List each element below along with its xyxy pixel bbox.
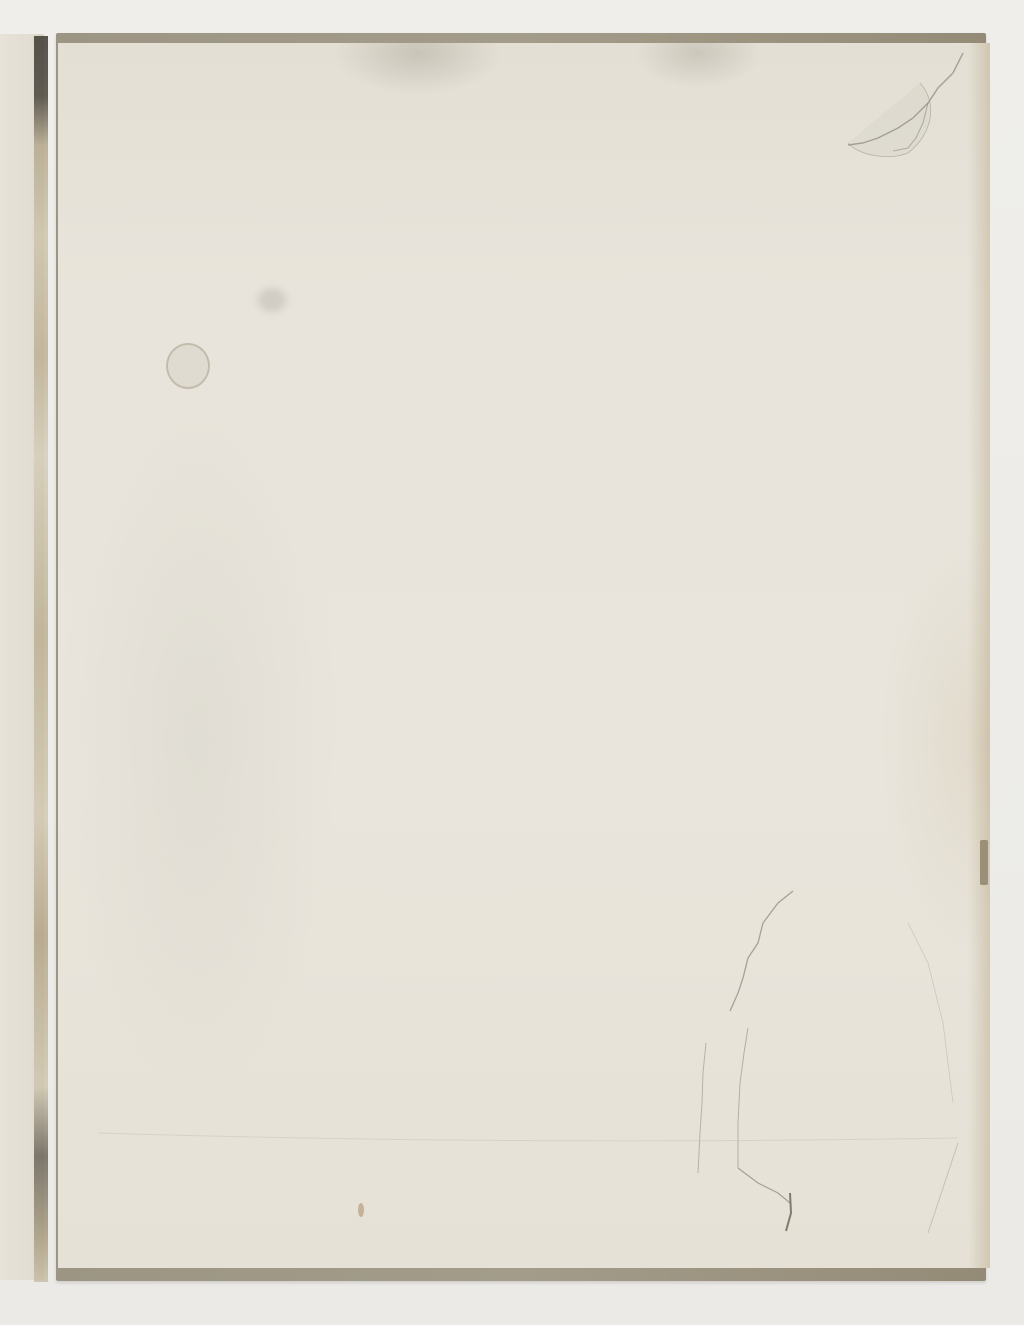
page-text	[58, 43, 59, 44]
stain-smudge	[258, 288, 286, 312]
book-gutter	[34, 36, 48, 1282]
blank-page	[58, 43, 990, 1268]
stain-ring	[166, 343, 210, 389]
page-edge-shadow	[968, 43, 990, 1268]
paper-cracks	[58, 43, 990, 1268]
board-edge-tab	[980, 840, 988, 885]
stain-drip	[358, 1203, 364, 1217]
